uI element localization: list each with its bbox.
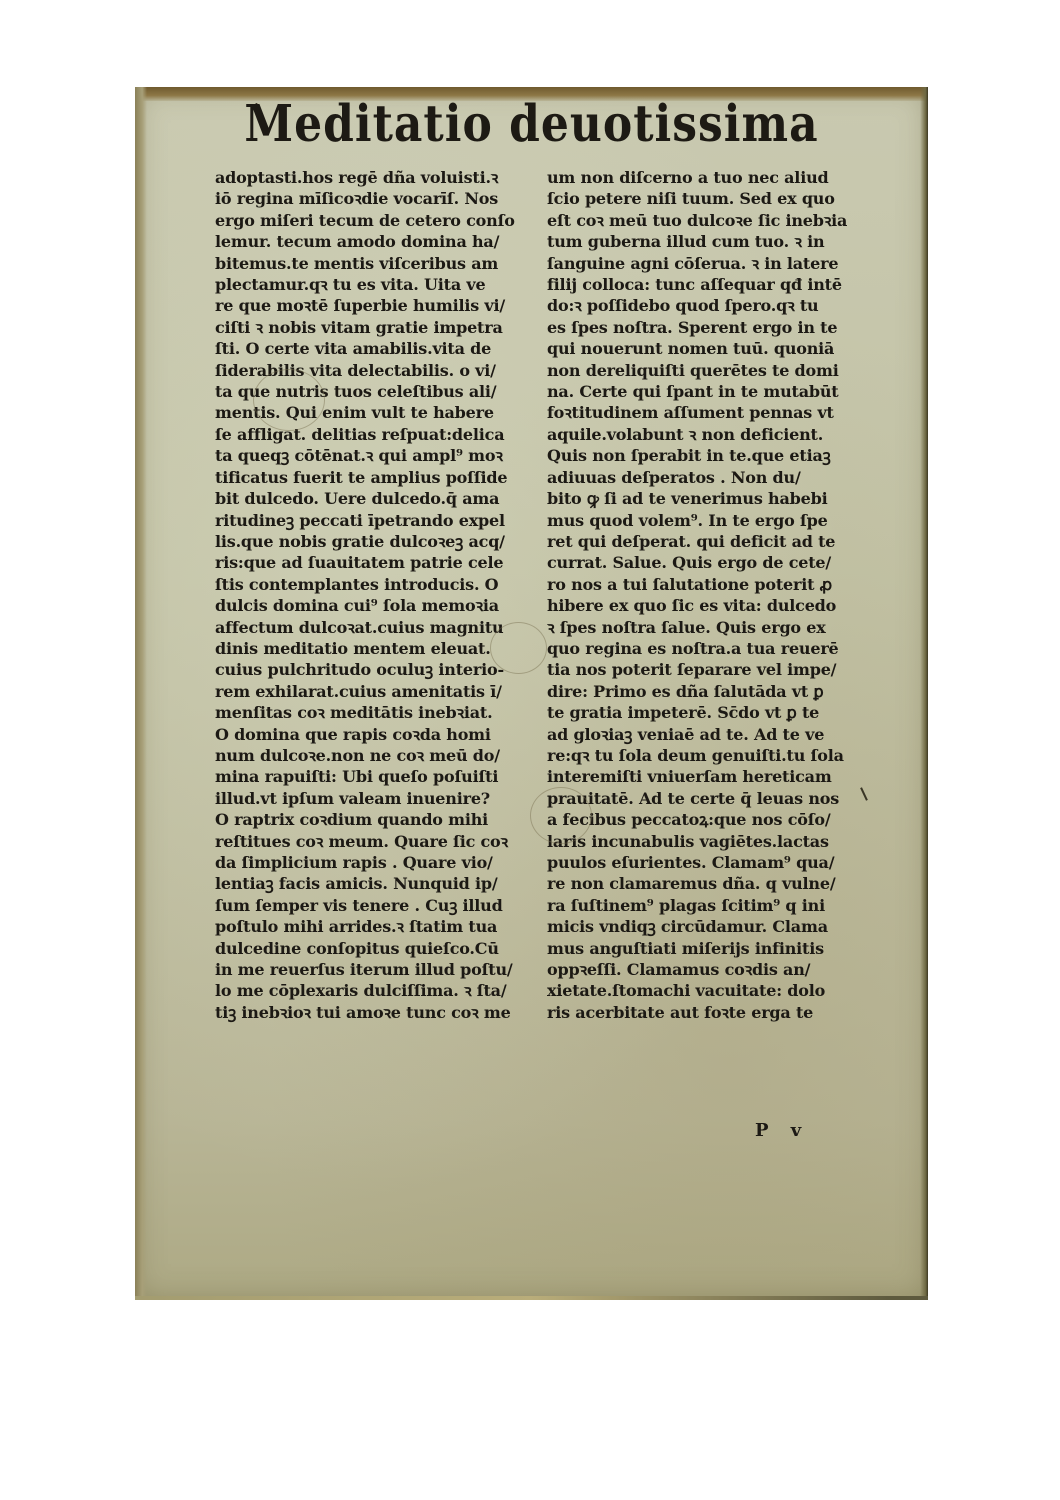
text-line: mus anguſtiati miſerijs infinitis [547, 938, 875, 959]
text-line: lemur. tecum amodo domina ha/ [215, 231, 540, 252]
text-line: tia nos poterit ſeparare vel impe/ [547, 659, 875, 680]
text-line: aquile.volabunt ꝛ non deficient. [547, 424, 875, 445]
text-line: rem exhilarat.cuius amenitatis ī/ [215, 681, 540, 702]
text-line: ꝛ ſpes noſtra ſalue. Quis ergo ex [547, 617, 875, 638]
text-line: re:qꝛ tu ſola deum genuiſti.tu ſola [547, 745, 875, 766]
page-right-edge [920, 87, 928, 1300]
text-line: O domina que rapis coꝛda homi [215, 724, 540, 745]
text-line: mentis. Qui enim vult te habere [215, 402, 540, 423]
text-line: oppꝛeſſi. Clamamus coꝛdis an/ [547, 959, 875, 980]
text-line: ſum ſemper vis tenere . Cuꝫ illud [215, 895, 540, 916]
text-line: O raptrix coꝛdium quando mihi [215, 809, 540, 830]
text-line: currat. Salue. Quis ergo de cete/ [547, 552, 875, 573]
text-line: dulcis domina cui⁹ ſola memoꝛia [215, 595, 540, 616]
text-line: poſtulo mihi arrides.ꝛ ſtatim tua [215, 916, 540, 937]
text-line: cuius pulchritudo oculuꝫ interio- [215, 659, 540, 680]
text-line: te gratia impeterē. Sc̄do vt ꝑ te [547, 702, 875, 723]
text-line: in me reuerſus iterum illud poſtu/ [215, 959, 540, 980]
signature-catchword: P v [755, 1120, 801, 1141]
text-line: do:ꝛ poſſidebo quod ſpero.qꝛ tu [547, 295, 875, 316]
text-line: ris:que ad ſuauitatem patrie cele [215, 552, 540, 573]
text-line: num dulcoꝛe.non ne coꝛ meū do/ [215, 745, 540, 766]
text-line: prauitatē. Ad te certe q̄ leuas nos [547, 788, 875, 809]
text-line: ſe affligat. delitias reſpuat:delica [215, 424, 540, 445]
text-line: bit dulcedo. Uere dulcedo.q̄ ama [215, 488, 540, 509]
text-line: interemiſti vniuerſam hereticam [547, 766, 875, 787]
text-line: a fecibus peccatoꝝ:que nos cōſo/ [547, 809, 875, 830]
text-line: micis vndiqꝫ circūdamur. Clama [547, 916, 875, 937]
text-line: ta que nutris tuos celeſtibus ali/ [215, 381, 540, 402]
page-bottom-edge [135, 1296, 928, 1300]
text-line: ſcio petere niſi tuum. Sed ex quo [547, 188, 875, 209]
text-line: es ſpes noſtra. Sperent ergo in te [547, 317, 875, 338]
text-line: da ſimplicium rapis . Quare vio/ [215, 852, 540, 873]
text-line: re que moꝛtē ſuperbie humilis vi/ [215, 295, 540, 316]
running-head: Meditatio deuotissima [135, 95, 928, 154]
text-line: ritudineꝫ peccati īpetrando expel [215, 510, 540, 531]
text-line: laris incunabulis vagiētes.lactas [547, 831, 875, 852]
text-line: ta queqꝫ cōtēnat.ꝛ qui ampl⁹ moꝛ [215, 445, 540, 466]
text-line: lis.que nobis gratie dulcoꝛeꝫ acq/ [215, 531, 540, 552]
text-line: filij colloca: tunc aſſequar qđ intē [547, 274, 875, 295]
text-line: affectum dulcoꝛat.cuius magnitu [215, 617, 540, 638]
text-line: bitemus.te mentis viſceribus am [215, 253, 540, 274]
page-left-edge [135, 87, 147, 1300]
book-page: ı Meditatio deuotissima adoptasti.hos re… [135, 87, 928, 1300]
text-line: qui nouerunt nomen tuū. quoniā [547, 338, 875, 359]
text-line: iō regina mīſicoꝛdie vocarīſ. Nos [215, 188, 540, 209]
text-line: dire: Primo es dña ſalutāda vt ꝑ [547, 681, 875, 702]
text-line: lo me cōplexaris dulciſſima. ꝛ ſta/ [215, 980, 540, 1001]
text-line: mus quod volem⁹. In te ergo ſpe [547, 510, 875, 531]
text-line: ſti. O certe vita amabilis.vita de [215, 338, 540, 359]
text-line: ro nos a tui ſalutatione poterit ꝓ [547, 574, 875, 595]
text-line: tificatus fuerit te amplius poſſide [215, 467, 540, 488]
text-line: quo regina es noſtra.a tua reuerē [547, 638, 875, 659]
text-line: tum guberna illud cum tuo. ꝛ in [547, 231, 875, 252]
text-column-left: adoptasti.hos regē dña voluisti.ꝛiō regi… [215, 167, 540, 1023]
text-line: bito ꝙ ſi ad te venerimus habebi [547, 488, 875, 509]
text-line: ſtis contemplantes introducis. O [215, 574, 540, 595]
text-line: Quis non ſperabit in te.que etiaꝫ [547, 445, 875, 466]
text-line: plectamur.qꝛ tu es vita. Uita ve [215, 274, 540, 295]
text-line: mina rapuiſti: Ubi queſo poſuiſti [215, 766, 540, 787]
text-line: illud.vt ipſum valeam inuenire? [215, 788, 540, 809]
text-line: ſanguine agni cōſerua. ꝛ in latere [547, 253, 875, 274]
text-line: hibere ex quo ſic es vita: dulcedo [547, 595, 875, 616]
text-line: ſiderabilis vita delectabilis. o vi/ [215, 360, 540, 381]
text-line: dinis meditatio mentem eleuat. [215, 638, 540, 659]
text-line: um non diſcerno a tuo nec aliud [547, 167, 875, 188]
text-line: adoptasti.hos regē dña voluisti.ꝛ [215, 167, 540, 188]
text-line: lentiaꝫ facis amicis. Nunquid ip/ [215, 873, 540, 894]
text-line: tiꝫ inebꝛioꝛ tui amoꝛe tunc coꝛ me [215, 1002, 540, 1023]
text-line: foꝛtitudinem aſſument pennas vt [547, 402, 875, 423]
text-line: re non clamaremus dña. q vulne/ [547, 873, 875, 894]
text-line: eſt coꝛ meū tuo dulcoꝛe ſic inebꝛia [547, 210, 875, 231]
text-line: ergo miſeri tecum de cetero conſo [215, 210, 540, 231]
text-column-right: um non diſcerno a tuo nec aliudſcio pete… [547, 167, 875, 1023]
text-line: ra ſuſtinem⁹ plagas ſcitim⁹ q ini [547, 895, 875, 916]
text-line: na. Certe qui ſpant in te mutabūt [547, 381, 875, 402]
text-line: ad gloꝛiaꝫ veniaē ad te. Ad te ve [547, 724, 875, 745]
text-line: ris acerbitate aut foꝛte erga te [547, 1002, 875, 1023]
text-line: reſtitues coꝛ meum. Quare ſic coꝛ [215, 831, 540, 852]
text-line: menſitas coꝛ meditātis inebꝛiat. [215, 702, 540, 723]
text-line: ciſti ꝛ nobis vitam gratie impetra [215, 317, 540, 338]
text-line: adiuuas deſperatos . Non du/ [547, 467, 875, 488]
text-line: ret qui deſperat. qui deficit ad te [547, 531, 875, 552]
text-line: puulos eſurientes. Clamam⁹ qua/ [547, 852, 875, 873]
text-line: dulcedine conſopitus quieſco.Cū [215, 938, 540, 959]
text-line: non dereliquiſti querētes te domi [547, 360, 875, 381]
text-line: xietate.ſtomachi vacuitate: dolo [547, 980, 875, 1001]
